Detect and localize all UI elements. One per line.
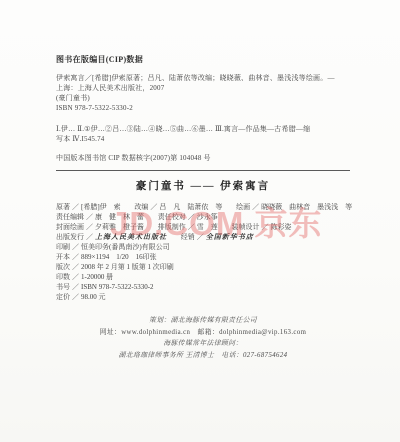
credit-printer: 印刷／恒美印务(番禺南沙)有限公司 [56,243,170,251]
credit-price: 定价／98.00 元 [56,293,106,301]
slash-separator: ／ [195,233,206,241]
credit-value-script: 全国新华书店 [206,233,254,241]
slash-separator: ／ [186,223,197,231]
credit-row-isbn: 书号／ISBN 978-7-5322-5330-2 [56,282,350,292]
credit-label: 改编 [134,203,148,211]
divider-rule [56,170,350,171]
footer-website-email: 网址：www.dolphinmedia.cn 邮箱：dolphinmedia@v… [56,327,350,339]
slash-separator: ／ [250,203,261,211]
credit-value: 沙永筝 [197,213,218,221]
footer-planner: 策划：湖北海豚传媒有限责任公司 [56,315,350,327]
credit-label: 印数 [56,273,70,281]
credit-value: ISBN 978-7-5322-5330-2 [81,283,154,291]
slash-separator: ／ [70,273,81,281]
footer-legal-counsel-heading: 海豚传媒常年法律顾问： [56,338,350,350]
slash-separator: ／ [70,283,81,291]
credit-value-script: 上海人民美术出版社 [95,233,167,241]
cip-record-number: 中国版本图书馆 CIP 数据核字(2007)第 104048 号 [56,153,350,163]
credit-label: 装帧设计 [232,223,260,231]
credit-typesetting: 排版制作／雪 莲 [158,223,218,231]
credit-original-author: 原著／[希腊]伊 索 [56,203,121,211]
credit-label: 责任校对 [158,213,186,221]
credit-row-publisher: 出版发行／上海人民美术出版社 经销／全国新华书店 [56,232,350,242]
slash-separator: ／ [70,293,81,301]
credit-label: 版次 [56,263,70,271]
credit-isbn: 书号／ISBN 978-7-5322-5330-2 [56,283,154,291]
credit-cover-art: 封面绘画／夕莉雅 橙子酱 [56,223,144,231]
credit-format: 开本／889×1194 1/20 16印张 [56,253,157,261]
slash-separator: ／ [84,213,95,221]
credit-row-price: 定价／98.00 元 [56,292,350,302]
cip-heading: 图书在版编目(CIP)数据 [56,54,350,65]
credit-value: [希腊]伊 索 [81,203,121,211]
cip-description-line: 伊索寓言／[希腊]伊索原著；吕凡、陆萧依等改编；晓晓薇、曲林音、墨浅浅等绘画。— [56,73,350,83]
cip-classification-line-2: 写本 Ⅳ.I545.74 [56,134,350,144]
slash-separator: ／ [70,253,81,261]
slash-separator: ／ [148,203,159,211]
credit-edition: 版次／2008 年 2 月第 1 版第 1 次印刷 [56,263,174,271]
credit-distributor: 经销／全国新华书店 [181,233,254,241]
slash-separator: ／ [84,223,95,231]
credit-value: 晓晓薇 曲林音 墨浅浅 等 [261,203,352,211]
credit-print-run: 印数／1-20000 册 [56,273,113,281]
credit-value: 夕莉雅 橙子酱 [95,223,144,231]
slash-separator: ／ [70,243,81,251]
credit-row-printer: 印刷／恒美印务(番禺南沙)有限公司 [56,242,350,252]
footer-block: 策划：湖北海豚传媒有限责任公司 网址：www.dolphinmedia.cn 邮… [56,315,350,361]
credit-row-print-run: 印数／1-20000 册 [56,272,350,282]
credit-row-authors: 原著／[希腊]伊 索 改编／吕 凡 陆萧依 等 绘画／晓晓薇 曲林音 墨浅浅 等 [56,202,350,212]
spacer [56,113,350,124]
credit-label: 绘画 [236,203,250,211]
credit-value: 雪 莲 [197,223,218,231]
credit-value: 陈彩姿 [271,223,292,231]
credit-row-edition: 版次／2008 年 2 月第 1 版第 1 次印刷 [56,262,350,272]
credit-label: 经销 [181,233,195,241]
credit-row-editors: 责任编辑／康 健 林 蕾 责任校对／沙永筝 [56,212,350,222]
credit-value: 1-20000 册 [81,273,113,281]
credits-block: 原著／[希腊]伊 索 改编／吕 凡 陆萧依 等 绘画／晓晓薇 曲林音 墨浅浅 等… [56,202,350,302]
credit-label: 开本 [56,253,70,261]
credit-label: 封面绘画 [56,223,84,231]
credit-binding-design: 装帧设计／陈彩姿 [232,223,292,231]
slash-separator: ／ [70,203,81,211]
spacer [56,144,350,153]
credit-proofreader: 责任校对／沙永筝 [158,213,218,221]
credit-label: 原著 [56,203,70,211]
footer-law-firm: 湖北珞珈律师事务所 王清博士 电话：027-68754624 [56,350,350,362]
credit-value: 2008 年 2 月第 1 版第 1 次印刷 [81,263,174,271]
copyright-page: 图书在版编目(CIP)数据 伊索寓言／[希腊]伊索原著；吕凡、陆萧依等改编；晓晓… [0,0,400,442]
credit-illustrators: 绘画／晓晓薇 曲林音 墨浅浅 等 [236,203,352,211]
credit-row-format: 开本／889×1194 1/20 16印张 [56,252,350,262]
cip-classification-line-1: Ⅰ.伊… Ⅱ.①伊…②吕…③陆…④晓…⑤曲…⑥墨… Ⅲ.寓言—作品集—古希腊—缩 [56,124,350,134]
credit-label: 出版发行 [56,233,84,241]
credit-row-design: 封面绘画／夕莉雅 橙子酱 排版制作／雪 莲 装帧设计／陈彩姿 [56,222,350,232]
credit-publisher: 出版发行／上海人民美术出版社 [56,233,167,241]
credit-label: 定价 [56,293,70,301]
credit-value: 889×1194 1/20 16印张 [81,253,157,261]
credit-value: 98.00 元 [81,293,106,301]
page-content: 图书在版编目(CIP)数据 伊索寓言／[希腊]伊索原著；吕凡、陆萧依等改编；晓晓… [56,54,350,361]
credit-editor: 责任编辑／康 健 林 蕾 [56,213,144,221]
cip-series-line: (豪门童书) [56,93,350,103]
cip-isbn-line: ISBN 978-7-5322-5330-2 [56,103,350,113]
credit-label: 印刷 [56,243,70,251]
credit-value: 吕 凡 陆萧依 等 [159,203,222,211]
credit-label: 排版制作 [158,223,186,231]
credit-value: 恒美印务(番禺南沙)有限公司 [81,243,170,251]
book-title: 豪门童书 —— 伊索寓言 [56,178,350,193]
credit-label: 书号 [56,283,70,291]
slash-separator: ／ [186,213,197,221]
credit-value: 康 健 林 蕾 [95,213,144,221]
slash-separator: ／ [84,233,95,241]
slash-separator: ／ [70,263,81,271]
credit-adapter: 改编／吕 凡 陆萧依 等 [134,203,222,211]
cip-publisher-line: 上海：上海人民美术出版社，2007 [56,83,350,93]
slash-separator: ／ [260,223,271,231]
credit-label: 责任编辑 [56,213,84,221]
